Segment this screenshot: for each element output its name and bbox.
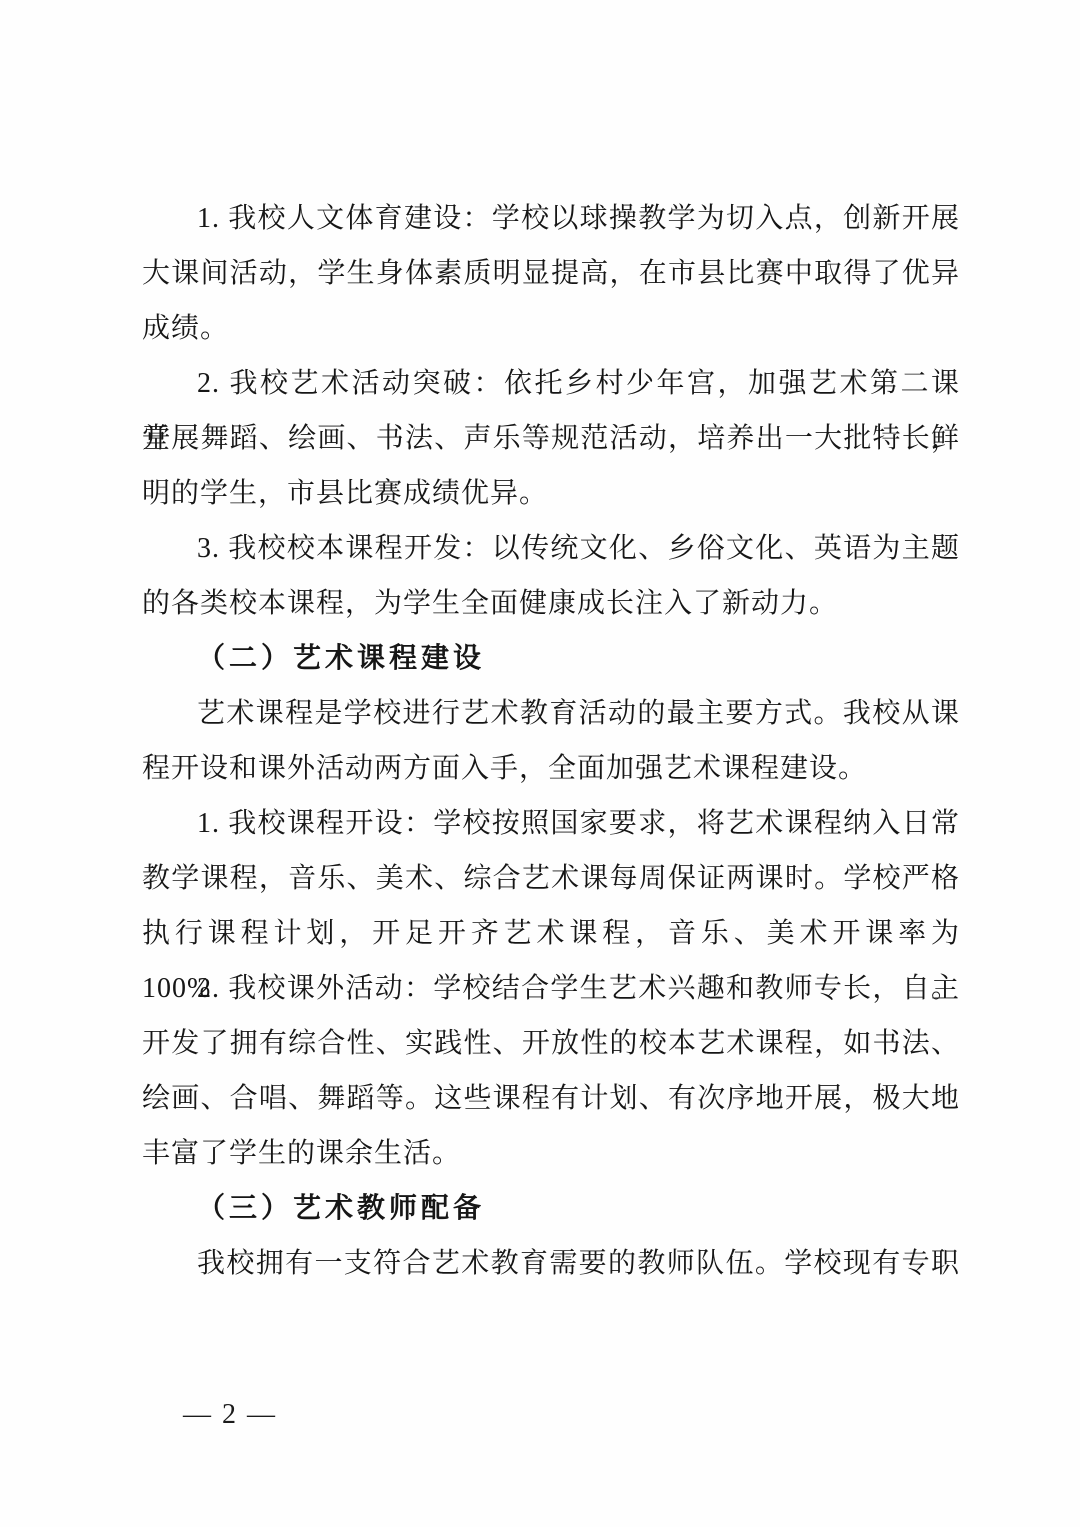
document-body: 1. 我校人文体育建设：学校以球操教学为切入点，创新开展 大课间活动，学生身体素… xyxy=(142,191,960,1291)
section-heading: （二）艺术课程建设 xyxy=(142,631,960,686)
text-line: 1. 我校人文体育建设：学校以球操教学为切入点，创新开展 xyxy=(142,191,960,246)
text-line: 我校拥有一支符合艺术教育需要的教师队伍。学校现有专职 xyxy=(142,1236,960,1291)
text-line: 明的学生，市县比赛成绩优异。 xyxy=(142,466,960,521)
text-line: 绘画、合唱、舞蹈等。这些课程有计划、有次序地开展，极大地 xyxy=(142,1071,960,1126)
document-page: 1. 我校人文体育建设：学校以球操教学为切入点，创新开展 大课间活动，学生身体素… xyxy=(0,0,1080,1527)
text-line: 程开设和课外活动两方面入手，全面加强艺术课程建设。 xyxy=(142,741,960,796)
text-line: 2. 我校课外活动：学校结合学生艺术兴趣和教师专长，自主 xyxy=(142,961,960,1016)
text-line: 执行课程计划，开足开齐艺术课程，音乐、美术开课率为 100%。 xyxy=(142,906,960,961)
section-heading: （三）艺术教师配备 xyxy=(142,1181,960,1236)
page-number: — 2 — xyxy=(183,1395,277,1435)
text-line: 开发了拥有综合性、实践性、开放性的校本艺术课程，如书法、 xyxy=(142,1016,960,1071)
text-line: 大课间活动，学生身体素质明显提高，在市县比赛中取得了优异 xyxy=(142,246,960,301)
text-line: 3. 我校校本课程开发：以传统文化、乡俗文化、英语为主题 xyxy=(142,521,960,576)
text-line: 1. 我校课程开设：学校按照国家要求，将艺术课程纳入日常 xyxy=(142,796,960,851)
text-line: 丰富了学生的课余生活。 xyxy=(142,1126,960,1181)
text-line: 教学课程，音乐、美术、综合艺术课每周保证两课时。学校严格 xyxy=(142,851,960,906)
text-line: 2. 我校艺术活动突破：依托乡村少年宫，加强艺术第二课堂， xyxy=(142,356,960,411)
text-line: 开展舞蹈、绘画、书法、声乐等规范活动，培养出一大批特长鲜 xyxy=(142,411,960,466)
text-line: 艺术课程是学校进行艺术教育活动的最主要方式。我校从课 xyxy=(142,686,960,741)
text-line: 的各类校本课程，为学生全面健康成长注入了新动力。 xyxy=(142,576,960,631)
text-line: 成绩。 xyxy=(142,301,960,356)
